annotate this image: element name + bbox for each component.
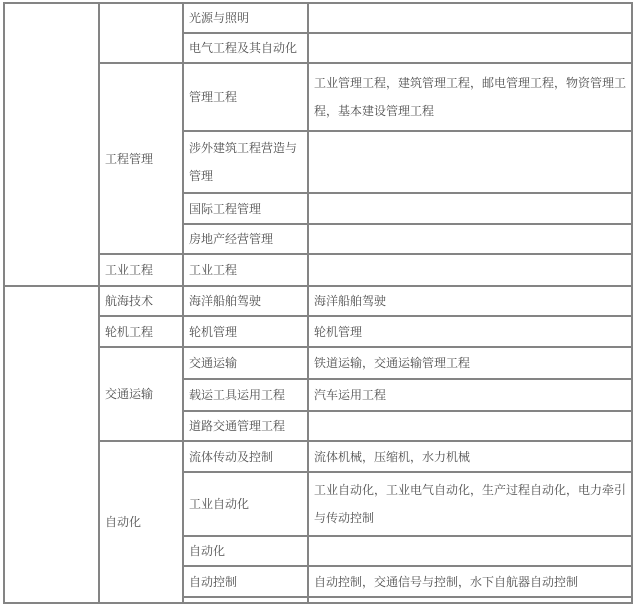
major-cell: 涉外建筑工程营造与管理 (183, 131, 308, 193)
category-cell-jiaotong-yunshu: 交通运输 (99, 347, 183, 441)
major-cell: 电气工程及其自动化 (183, 33, 308, 63)
related-majors-cell (308, 224, 632, 254)
major-cell: 国际工程管理 (183, 193, 308, 224)
major-cell: 流体传动及控制 (183, 441, 308, 472)
major-cell: 房地产经营管理 (183, 224, 308, 254)
related-majors-cell (308, 597, 632, 603)
major-cell: 载运工具运用工程 (183, 379, 308, 411)
major-cell: 海洋船舶驾驶 (183, 286, 308, 316)
table-row: 工程管理 管理工程 工业管理工程，建筑管理工程，邮电管理工程，物资管理工程，基本… (4, 63, 632, 131)
major-cell: 道路交通管理工程 (183, 411, 308, 441)
table-row: 自动化 流体传动及控制 流体机械，压缩机，水力机械 (4, 441, 632, 472)
major-cell: 自动控制 (183, 566, 308, 597)
related-majors-cell: 工业自动化，工业电气自动化，生产过程自动化，电力牵引与传动控制 (308, 472, 632, 536)
related-majors-cell (308, 536, 632, 566)
majors-correspondence-table: 光源与照明 电气工程及其自动化 工程管理 管理工程 工业管理工程，建筑管理工程，… (3, 2, 633, 604)
table-row: 工业工程 工业工程 (4, 254, 632, 286)
related-majors-cell: 海洋船舶驾驶 (308, 286, 632, 316)
major-cell: 自动化 (183, 536, 308, 566)
category-cell-gongcheng-guanli: 工程管理 (99, 63, 183, 254)
major-cell: 轮机管理 (183, 316, 308, 347)
category-cell-cutoff (99, 3, 183, 63)
related-majors-cell (308, 131, 632, 193)
major-cell: 工业工程 (183, 254, 308, 286)
table-row: 光源与照明 (4, 3, 632, 33)
related-majors-cell: 流体机械，压缩机，水力机械 (308, 441, 632, 472)
major-cell: 光源与照明 (183, 3, 308, 33)
major-cell (183, 597, 308, 603)
related-majors-cell (308, 33, 632, 63)
related-majors-cell (308, 411, 632, 441)
table-row: 航海技术 海洋船舶驾驶 海洋船舶驾驶 (4, 286, 632, 316)
major-cell: 交通运输 (183, 347, 308, 379)
majors-table-page: 光源与照明 电气工程及其自动化 工程管理 管理工程 工业管理工程，建筑管理工程，… (0, 0, 640, 604)
related-majors-cell: 铁道运输，交通运输管理工程 (308, 347, 632, 379)
table-row: 轮机工程 轮机管理 轮机管理 (4, 316, 632, 347)
related-majors-cell (308, 254, 632, 286)
category-cell-gongye-gongcheng: 工业工程 (99, 254, 183, 286)
related-majors-cell (308, 3, 632, 33)
related-majors-cell: 轮机管理 (308, 316, 632, 347)
category-cell-hanghai-jishu: 航海技术 (99, 286, 183, 316)
major-cell: 工业自动化 (183, 472, 308, 536)
major-cell: 管理工程 (183, 63, 308, 131)
category-cell-zidonghua: 自动化 (99, 441, 183, 603)
related-majors-cell: 工业管理工程，建筑管理工程，邮电管理工程，物资管理工程，基本建设管理工程 (308, 63, 632, 131)
related-majors-cell (308, 193, 632, 224)
related-majors-cell: 自动控制，交通信号与控制，水下自航器自动控制 (308, 566, 632, 597)
category-cell-lunji-gongcheng: 轮机工程 (99, 316, 183, 347)
left-group-cell-top (4, 3, 99, 286)
related-majors-cell: 汽车运用工程 (308, 379, 632, 411)
table-row: 交通运输 交通运输 铁道运输，交通运输管理工程 (4, 347, 632, 379)
left-group-cell-bottom (4, 286, 99, 603)
